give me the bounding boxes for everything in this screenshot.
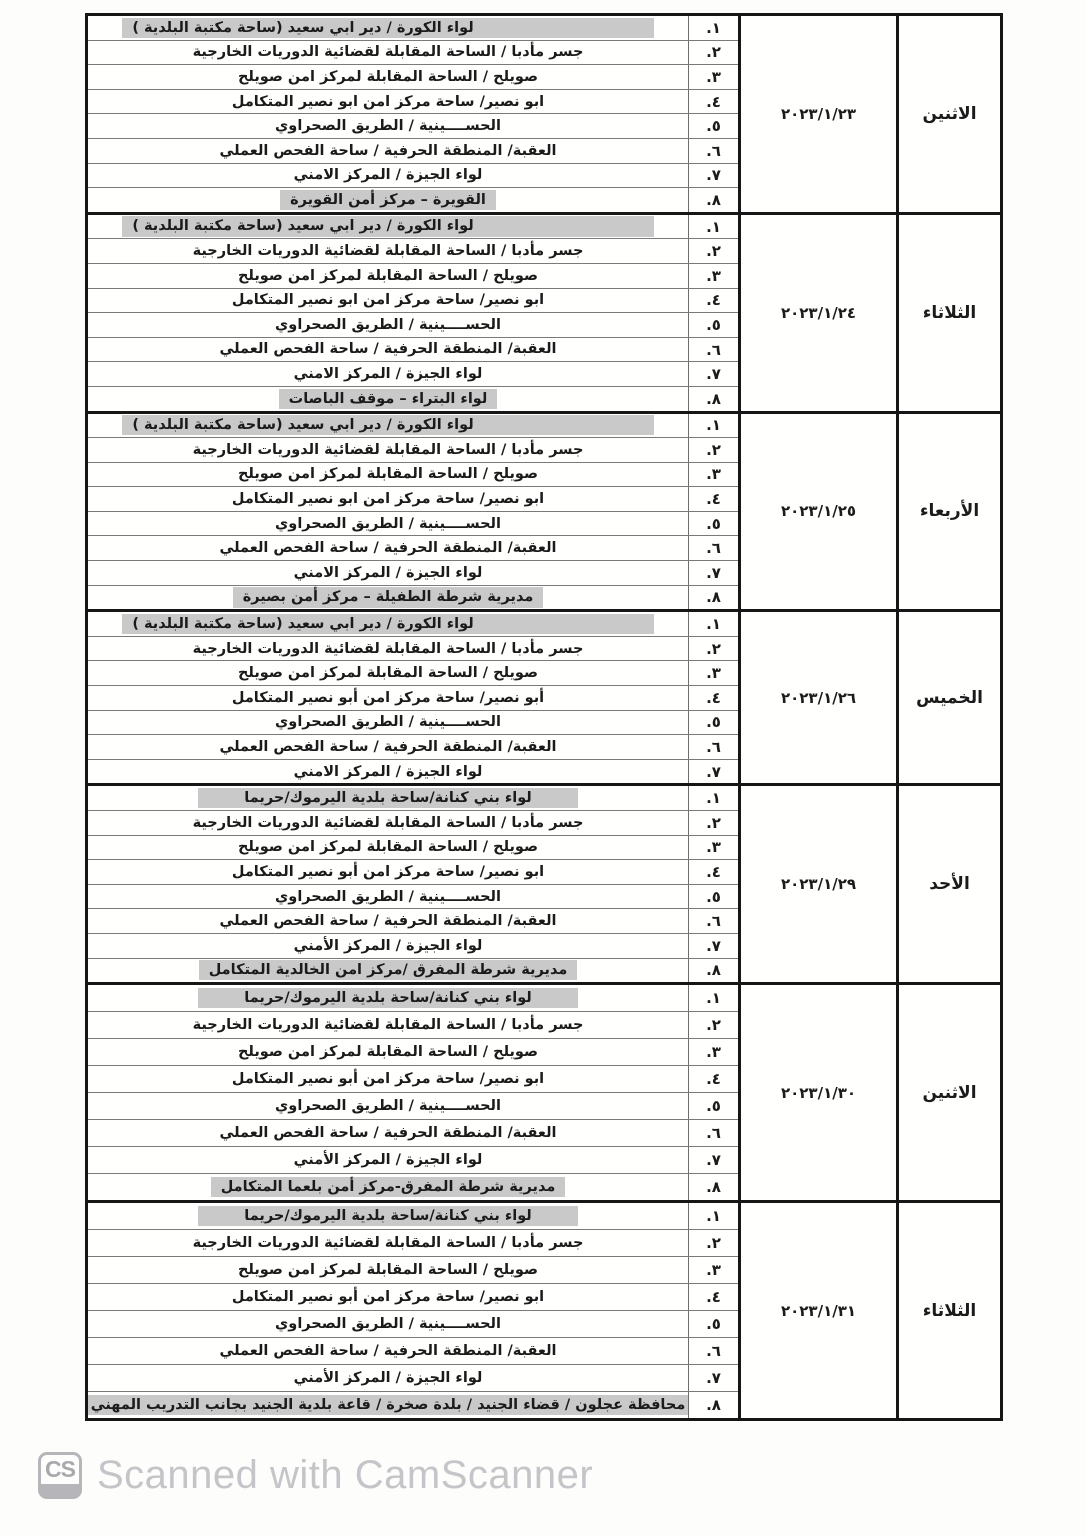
row-number: ١. xyxy=(706,416,721,434)
location-text: صويلح / الساحة المقابلة لمركز امن صويلح xyxy=(238,664,538,682)
row-number-cell: ١. xyxy=(688,16,738,40)
schedule-block: لواء الكورة / دير ابي سعيد (ساحة مكتبة ا… xyxy=(88,16,1000,215)
location-text: الحســــينية / الطريق الصحراوي xyxy=(275,713,501,731)
schedule-row: الحســــينية / الطريق الصحراوي٥. xyxy=(88,512,738,537)
location-cell: ابو نصير/ ساحة مركز امن أبو نصير المتكام… xyxy=(88,860,688,884)
row-number-cell: ١. xyxy=(688,985,738,1011)
schedule-rows: لواء بني كنانة/ساحة بلدية اليرموك/حريما١… xyxy=(88,786,738,982)
row-number-cell: ٣. xyxy=(688,836,738,860)
row-number: ٤. xyxy=(706,490,721,508)
row-number-cell: ٧. xyxy=(688,362,738,386)
location-cell: الحســــينية / الطريق الصحراوي xyxy=(88,711,688,735)
row-number: ٤. xyxy=(706,689,721,707)
location-cell: لواء بني كنانة/ساحة بلدية اليرموك/حريما xyxy=(88,985,688,1011)
day-cell: الثلاثاء xyxy=(896,1203,1000,1418)
row-number: ٦. xyxy=(706,142,721,160)
location-cell: العقبة/ المنطقة الحرفية / ساحة الفحص الع… xyxy=(88,1338,688,1364)
date-cell: ٢٠٢٣/١/٢٣ xyxy=(738,16,896,212)
location-cell: ابو نصير/ ساحة مركز امن أبو نصير المتكام… xyxy=(88,1066,688,1092)
schedule-row: جسر مأدبا / الساحة المقابلة لقضائية الدو… xyxy=(88,239,738,264)
location-cell: الحســــينية / الطريق الصحراوي xyxy=(88,313,688,337)
row-number-cell: ٨. xyxy=(688,387,738,411)
location-cell: جسر مأدبا / الساحة المقابلة لقضائية الدو… xyxy=(88,41,688,65)
schedule-row: صويلح / الساحة المقابلة لمركز امن صويلح٣… xyxy=(88,65,738,90)
schedule-row: ابو نصير/ ساحة مركز امن ابو نصير المتكام… xyxy=(88,90,738,115)
location-text: ابو نصير/ ساحة مركز امن ابو نصير المتكام… xyxy=(232,291,544,309)
row-number: ٧. xyxy=(706,365,721,383)
row-number: ٨. xyxy=(706,588,721,606)
location-text: مديرية شرطة المفرق-مركز أمن بلعما المتكا… xyxy=(211,1177,566,1197)
location-cell: العقبة/ المنطقة الحرفية / ساحة الفحص الع… xyxy=(88,735,688,759)
location-text: لواء الجيزة / المركز الأمني xyxy=(294,1151,483,1169)
location-text: صويلح / الساحة المقابلة لمركز امن صويلح xyxy=(238,465,538,483)
row-number-cell: ٣. xyxy=(688,1257,738,1283)
location-text: أبو نصير/ ساحة مركز امن أبو نصير المتكام… xyxy=(232,689,544,707)
row-number: ٤. xyxy=(706,291,721,309)
row-number-cell: ٦. xyxy=(688,536,738,560)
location-cell: العقبة/ المنطقة الحرفية / ساحة الفحص الع… xyxy=(88,139,688,163)
row-number: ٣. xyxy=(706,68,721,86)
schedule-row: الحســــينية / الطريق الصحراوي٥. xyxy=(88,313,738,338)
day-name: الأربعاء xyxy=(920,501,979,521)
schedule-row: العقبة/ المنطقة الحرفية / ساحة الفحص الع… xyxy=(88,139,738,164)
row-number: ٣. xyxy=(706,267,721,285)
schedule-row: القويرة – مركز أمن القويرة٨. xyxy=(88,188,738,212)
day-cell: الاثنين xyxy=(896,16,1000,212)
row-number-cell: ٨. xyxy=(688,586,738,610)
row-number: ١. xyxy=(706,989,721,1007)
location-cell: العقبة/ المنطقة الحرفية / ساحة الفحص الع… xyxy=(88,909,688,933)
location-cell: مديرية شرطة المفرق-مركز أمن بلعما المتكا… xyxy=(88,1174,688,1200)
row-number-cell: ٧. xyxy=(688,1147,738,1173)
location-cell: لواء الجيزة / المركز الامني xyxy=(88,760,688,784)
row-number: ٥. xyxy=(706,515,721,533)
row-number: ٥. xyxy=(706,1097,721,1115)
row-number-cell: ٤. xyxy=(688,1284,738,1310)
location-text: لواء الجيزة / المركز الامني xyxy=(294,365,483,383)
schedule-table: لواء الكورة / دير ابي سعيد (ساحة مكتبة ا… xyxy=(85,13,1003,1421)
location-cell: لواء بني كنانة/ساحة بلدية اليرموك/حريما xyxy=(88,786,688,810)
row-number: ٨. xyxy=(706,390,721,408)
schedule-row: ابو نصير/ ساحة مركز امن أبو نصير المتكام… xyxy=(88,1066,738,1093)
location-text: صويلح / الساحة المقابلة لمركز امن صويلح xyxy=(238,1043,538,1061)
row-number: ١. xyxy=(706,615,721,633)
schedule-row: مديرية شرطة المفرق /مركز امن الخالدية ال… xyxy=(88,959,738,983)
location-text: الحســــينية / الطريق الصحراوي xyxy=(275,1097,501,1115)
row-number-cell: ٤. xyxy=(688,487,738,511)
location-cell: لواء الكورة / دير ابي سعيد (ساحة مكتبة ا… xyxy=(88,16,688,40)
location-text: لواء الجيزة / المركز الأمني xyxy=(294,1369,483,1387)
location-text: محافظة عجلون / قضاء الجنيد / بلدة صخرة /… xyxy=(88,1395,688,1415)
location-text: لواء الجيزة / المركز الامني xyxy=(294,166,483,184)
row-number-cell: ٦. xyxy=(688,139,738,163)
row-number-cell: ٥. xyxy=(688,313,738,337)
row-number: ٦. xyxy=(706,738,721,756)
schedule-row: لواء الكورة / دير ابي سعيد (ساحة مكتبة ا… xyxy=(88,215,738,240)
day-name: الأحد xyxy=(929,874,970,894)
row-number: ٢. xyxy=(706,242,721,260)
row-number-cell: ٢. xyxy=(688,1012,738,1038)
location-text: جسر مأدبا / الساحة المقابلة لقضائية الدو… xyxy=(193,242,584,260)
location-cell: لواء الكورة / دير ابي سعيد (ساحة مكتبة ا… xyxy=(88,414,688,438)
schedule-row: محافظة عجلون / قضاء الجنيد / بلدة صخرة /… xyxy=(88,1392,738,1418)
schedule-block: لواء بني كنانة/ساحة بلدية اليرموك/حريما١… xyxy=(88,1203,1000,1418)
date-value: ٢٠٢٣/١/٢٦ xyxy=(781,689,856,707)
location-text: لواء الجيزة / المركز الأمني xyxy=(294,937,483,955)
schedule-rows: لواء الكورة / دير ابي سعيد (ساحة مكتبة ا… xyxy=(88,215,738,411)
row-number-cell: ٤. xyxy=(688,1066,738,1092)
row-number: ٦. xyxy=(706,1342,721,1360)
location-text: جسر مأدبا / الساحة المقابلة لقضائية الدو… xyxy=(193,1234,584,1252)
row-number: ٥. xyxy=(706,888,721,906)
schedule-row: الحســــينية / الطريق الصحراوي٥. xyxy=(88,711,738,736)
location-text: العقبة/ المنطقة الحرفية / ساحة الفحص الع… xyxy=(219,738,556,756)
location-cell: صويلح / الساحة المقابلة لمركز امن صويلح xyxy=(88,65,688,89)
schedule-row: جسر مأدبا / الساحة المقابلة لقضائية الدو… xyxy=(88,1012,738,1039)
location-text: لواء الكورة / دير ابي سعيد (ساحة مكتبة ا… xyxy=(122,415,653,435)
schedule-row: العقبة/ المنطقة الحرفية / ساحة الفحص الع… xyxy=(88,1338,738,1365)
schedule-row: الحســــينية / الطريق الصحراوي٥. xyxy=(88,885,738,910)
date-cell: ٢٠٢٣/١/٣٠ xyxy=(738,985,896,1200)
location-cell: ابو نصير/ ساحة مركز امن أبو نصير المتكام… xyxy=(88,1284,688,1310)
schedule-row: العقبة/ المنطقة الحرفية / ساحة الفحص الع… xyxy=(88,735,738,760)
location-cell: العقبة/ المنطقة الحرفية / ساحة الفحص الع… xyxy=(88,338,688,362)
row-number-cell: ١. xyxy=(688,414,738,438)
location-text: العقبة/ المنطقة الحرفية / ساحة الفحص الع… xyxy=(219,1342,556,1360)
location-cell: صويلح / الساحة المقابلة لمركز امن صويلح xyxy=(88,661,688,685)
location-cell: الحســــينية / الطريق الصحراوي xyxy=(88,512,688,536)
row-number: ٨. xyxy=(706,191,721,209)
schedule-rows: لواء الكورة / دير ابي سعيد (ساحة مكتبة ا… xyxy=(88,612,738,783)
row-number-cell: ٥. xyxy=(688,512,738,536)
camscanner-icon: CS xyxy=(38,1452,82,1499)
row-number: ٤. xyxy=(706,93,721,111)
schedule-row: صويلح / الساحة المقابلة لمركز امن صويلح٣… xyxy=(88,661,738,686)
date-cell: ٢٠٢٣/١/٢٥ xyxy=(738,414,896,610)
location-cell: محافظة عجلون / قضاء الجنيد / بلدة صخرة /… xyxy=(88,1392,688,1418)
location-cell: ابو نصير/ ساحة مركز امن ابو نصير المتكام… xyxy=(88,90,688,114)
row-number: ٣. xyxy=(706,838,721,856)
schedule-row: جسر مأدبا / الساحة المقابلة لقضائية الدو… xyxy=(88,811,738,836)
schedule-block: لواء الكورة / دير ابي سعيد (ساحة مكتبة ا… xyxy=(88,215,1000,414)
schedule-row: لواء الكورة / دير ابي سعيد (ساحة مكتبة ا… xyxy=(88,16,738,41)
location-text: جسر مأدبا / الساحة المقابلة لقضائية الدو… xyxy=(193,1016,584,1034)
row-number: ٨. xyxy=(706,961,721,979)
row-number-cell: ٤. xyxy=(688,90,738,114)
schedule-row: صويلح / الساحة المقابلة لمركز امن صويلح٣… xyxy=(88,463,738,488)
row-number-cell: ٨. xyxy=(688,1174,738,1200)
schedule-row: جسر مأدبا / الساحة المقابلة لقضائية الدو… xyxy=(88,637,738,662)
row-number: ٧. xyxy=(706,1151,721,1169)
location-cell: أبو نصير/ ساحة مركز امن أبو نصير المتكام… xyxy=(88,686,688,710)
row-number: ١. xyxy=(706,218,721,236)
row-number: ٥. xyxy=(706,1315,721,1333)
schedule-row: لواء البتراء – موقف الباصات٨. xyxy=(88,387,738,411)
row-number-cell: ٢. xyxy=(688,637,738,661)
row-number-cell: ٨. xyxy=(688,1392,738,1418)
row-number-cell: ٣. xyxy=(688,65,738,89)
location-cell: القويرة – مركز أمن القويرة xyxy=(88,188,688,212)
location-text: ابو نصير/ ساحة مركز امن أبو نصير المتكام… xyxy=(232,1288,544,1306)
row-number: ٤. xyxy=(706,863,721,881)
camscanner-text: Scanned with CamScanner xyxy=(97,1453,593,1498)
schedule-row: لواء الجيزة / المركز الامني٧. xyxy=(88,760,738,784)
location-cell: العقبة/ المنطقة الحرفية / ساحة الفحص الع… xyxy=(88,536,688,560)
day-cell: الأربعاء xyxy=(896,414,1000,610)
location-text: الحســــينية / الطريق الصحراوي xyxy=(275,888,501,906)
location-text: صويلح / الساحة المقابلة لمركز امن صويلح xyxy=(238,1261,538,1279)
location-text: جسر مأدبا / الساحة المقابلة لقضائية الدو… xyxy=(193,43,584,61)
date-cell: ٢٠٢٣/١/٢٩ xyxy=(738,786,896,982)
location-cell: لواء بني كنانة/ساحة بلدية اليرموك/حريما xyxy=(88,1203,688,1229)
location-cell: جسر مأدبا / الساحة المقابلة لقضائية الدو… xyxy=(88,811,688,835)
row-number: ٨. xyxy=(706,1396,721,1414)
location-cell: صويلح / الساحة المقابلة لمركز امن صويلح xyxy=(88,1039,688,1065)
row-number-cell: ٧. xyxy=(688,1365,738,1391)
location-text: صويلح / الساحة المقابلة لمركز امن صويلح xyxy=(238,68,538,86)
schedule-row: صويلح / الساحة المقابلة لمركز امن صويلح٣… xyxy=(88,836,738,861)
row-number-cell: ٢. xyxy=(688,1230,738,1256)
row-number: ٣. xyxy=(706,1261,721,1279)
location-cell: جسر مأدبا / الساحة المقابلة لقضائية الدو… xyxy=(88,637,688,661)
row-number: ٢. xyxy=(706,1016,721,1034)
location-cell: جسر مأدبا / الساحة المقابلة لقضائية الدو… xyxy=(88,239,688,263)
schedule-row: صويلح / الساحة المقابلة لمركز امن صويلح٣… xyxy=(88,264,738,289)
schedule-row: العقبة/ المنطقة الحرفية / ساحة الفحص الع… xyxy=(88,338,738,363)
location-cell: لواء البتراء – موقف الباصات xyxy=(88,387,688,411)
location-text: العقبة/ المنطقة الحرفية / ساحة الفحص الع… xyxy=(219,1124,556,1142)
day-cell: الخميس xyxy=(896,612,1000,783)
schedule-row: الحســــينية / الطريق الصحراوي٥. xyxy=(88,1093,738,1120)
row-number: ٧. xyxy=(706,166,721,184)
row-number-cell: ١. xyxy=(688,1203,738,1229)
row-number-cell: ٣. xyxy=(688,1039,738,1065)
location-cell: لواء الجيزة / المركز الأمني xyxy=(88,934,688,958)
location-cell: لواء الكورة / دير ابي سعيد (ساحة مكتبة ا… xyxy=(88,215,688,239)
row-number: ٣. xyxy=(706,1043,721,1061)
row-number: ٢. xyxy=(706,43,721,61)
row-number: ٧. xyxy=(706,564,721,582)
location-cell: جسر مأدبا / الساحة المقابلة لقضائية الدو… xyxy=(88,438,688,462)
row-number: ٢. xyxy=(706,441,721,459)
day-name: الثلاثاء xyxy=(923,1301,977,1321)
location-text: الحســــينية / الطريق الصحراوي xyxy=(275,515,501,533)
date-value: ٢٠٢٣/١/٢٩ xyxy=(781,875,856,893)
row-number-cell: ٦. xyxy=(688,1120,738,1146)
row-number: ٦. xyxy=(706,912,721,930)
location-cell: جسر مأدبا / الساحة المقابلة لقضائية الدو… xyxy=(88,1230,688,1256)
location-text: العقبة/ المنطقة الحرفية / ساحة الفحص الع… xyxy=(219,539,556,557)
day-cell: الثلاثاء xyxy=(896,215,1000,411)
row-number: ٢. xyxy=(706,814,721,832)
date-cell: ٢٠٢٣/١/٢٦ xyxy=(738,612,896,783)
location-text: جسر مأدبا / الساحة المقابلة لقضائية الدو… xyxy=(193,441,584,459)
location-cell: صويلح / الساحة المقابلة لمركز امن صويلح xyxy=(88,264,688,288)
row-number-cell: ١. xyxy=(688,612,738,636)
row-number: ٤. xyxy=(706,1070,721,1088)
location-cell: الحســــينية / الطريق الصحراوي xyxy=(88,1093,688,1119)
schedule-row: مديرية شرطة الطفيلة – مركز أمن بصيرة٨. xyxy=(88,586,738,610)
schedule-row: مديرية شرطة المفرق-مركز أمن بلعما المتكا… xyxy=(88,1174,738,1200)
schedule-row: لواء الكورة / دير ابي سعيد (ساحة مكتبة ا… xyxy=(88,612,738,637)
location-cell: لواء الجيزة / المركز الامني xyxy=(88,164,688,188)
location-text: لواء الجيزة / المركز الامني xyxy=(294,564,483,582)
row-number: ٣. xyxy=(706,465,721,483)
row-number-cell: ٤. xyxy=(688,289,738,313)
date-value: ٢٠٢٣/١/٢٥ xyxy=(781,502,856,520)
location-text: الحســــينية / الطريق الصحراوي xyxy=(275,316,501,334)
schedule-row: لواء الجيزة / المركز الأمني٧. xyxy=(88,1365,738,1392)
row-number: ١. xyxy=(706,789,721,807)
location-cell: صويلح / الساحة المقابلة لمركز امن صويلح xyxy=(88,1257,688,1283)
row-number: ٥. xyxy=(706,117,721,135)
row-number-cell: ٧. xyxy=(688,760,738,784)
location-cell: صويلح / الساحة المقابلة لمركز امن صويلح xyxy=(88,836,688,860)
row-number: ٥. xyxy=(706,316,721,334)
location-text: مديرية شرطة المفرق /مركز امن الخالدية ال… xyxy=(199,960,578,980)
schedule-row: العقبة/ المنطقة الحرفية / ساحة الفحص الع… xyxy=(88,536,738,561)
location-text: جسر مأدبا / الساحة المقابلة لقضائية الدو… xyxy=(193,640,584,658)
row-number: ٥. xyxy=(706,713,721,731)
location-cell: ابو نصير/ ساحة مركز امن ابو نصير المتكام… xyxy=(88,289,688,313)
location-text: مديرية شرطة الطفيلة – مركز أمن بصيرة xyxy=(233,587,544,607)
schedule-row: أبو نصير/ ساحة مركز امن أبو نصير المتكام… xyxy=(88,686,738,711)
location-text: لواء الكورة / دير ابي سعيد (ساحة مكتبة ا… xyxy=(122,18,653,38)
date-cell: ٢٠٢٣/١/٣١ xyxy=(738,1203,896,1418)
location-cell: لواء الجيزة / المركز الامني xyxy=(88,362,688,386)
row-number-cell: ٧. xyxy=(688,561,738,585)
date-value: ٢٠٢٣/١/٣١ xyxy=(781,1302,856,1320)
location-text: العقبة/ المنطقة الحرفية / ساحة الفحص الع… xyxy=(219,912,556,930)
row-number: ٧. xyxy=(706,763,721,781)
row-number: ١. xyxy=(706,19,721,37)
schedule-rows: لواء الكورة / دير ابي سعيد (ساحة مكتبة ا… xyxy=(88,16,738,212)
location-cell: الحســــينية / الطريق الصحراوي xyxy=(88,885,688,909)
location-cell: مديرية شرطة المفرق /مركز امن الخالدية ال… xyxy=(88,959,688,983)
camscanner-icon-bar xyxy=(41,1484,79,1496)
row-number-cell: ٥. xyxy=(688,711,738,735)
location-cell: الحســــينية / الطريق الصحراوي xyxy=(88,114,688,138)
day-cell: الاثنين xyxy=(896,985,1000,1200)
row-number: ٢. xyxy=(706,1234,721,1252)
row-number: ٤. xyxy=(706,1288,721,1306)
schedule-row: جسر مأدبا / الساحة المقابلة لقضائية الدو… xyxy=(88,1230,738,1257)
location-text: القويرة – مركز أمن القويرة xyxy=(280,190,496,210)
row-number: ٨. xyxy=(706,1178,721,1196)
location-text: العقبة/ المنطقة الحرفية / ساحة الفحص الع… xyxy=(219,340,556,358)
row-number-cell: ٧. xyxy=(688,164,738,188)
location-cell: لواء الجيزة / المركز الأمني xyxy=(88,1365,688,1391)
row-number-cell: ٧. xyxy=(688,934,738,958)
schedule-row: لواء الجيزة / المركز الامني٧. xyxy=(88,362,738,387)
schedule-row: العقبة/ المنطقة الحرفية / ساحة الفحص الع… xyxy=(88,1120,738,1147)
schedule-row: لواء الكورة / دير ابي سعيد (ساحة مكتبة ا… xyxy=(88,414,738,439)
location-text: ابو نصير/ ساحة مركز امن أبو نصير المتكام… xyxy=(232,1070,544,1088)
row-number: ٦. xyxy=(706,341,721,359)
day-name: الاثنين xyxy=(922,104,976,124)
location-cell: مديرية شرطة الطفيلة – مركز أمن بصيرة xyxy=(88,586,688,610)
row-number-cell: ٨. xyxy=(688,188,738,212)
location-cell: لواء الجيزة / المركز الأمني xyxy=(88,1147,688,1173)
location-cell: صويلح / الساحة المقابلة لمركز امن صويلح xyxy=(88,463,688,487)
schedule-row: صويلح / الساحة المقابلة لمركز امن صويلح٣… xyxy=(88,1039,738,1066)
location-text: لواء بني كنانة/ساحة بلدية اليرموك/حريما xyxy=(198,788,578,808)
schedule-row: الحســــينية / الطريق الصحراوي٥. xyxy=(88,1311,738,1338)
row-number-cell: ٣. xyxy=(688,463,738,487)
day-name: الخميس xyxy=(916,688,983,708)
location-text: صويلح / الساحة المقابلة لمركز امن صويلح xyxy=(238,838,538,856)
schedule-row: صويلح / الساحة المقابلة لمركز امن صويلح٣… xyxy=(88,1257,738,1284)
row-number-cell: ٦. xyxy=(688,909,738,933)
schedule-row: لواء الجيزة / المركز الامني٧. xyxy=(88,164,738,189)
location-text: جسر مأدبا / الساحة المقابلة لقضائية الدو… xyxy=(193,814,584,832)
row-number-cell: ٢. xyxy=(688,811,738,835)
row-number-cell: ٦. xyxy=(688,735,738,759)
row-number-cell: ٢. xyxy=(688,438,738,462)
day-cell: الأحد xyxy=(896,786,1000,982)
schedule-row: ابو نصير/ ساحة مركز امن أبو نصير المتكام… xyxy=(88,860,738,885)
location-cell: الحســــينية / الطريق الصحراوي xyxy=(88,1311,688,1337)
schedule-rows: لواء الكورة / دير ابي سعيد (ساحة مكتبة ا… xyxy=(88,414,738,610)
location-text: لواء بني كنانة/ساحة بلدية اليرموك/حريما xyxy=(198,988,578,1008)
row-number: ٦. xyxy=(706,1124,721,1142)
row-number-cell: ٨. xyxy=(688,959,738,983)
location-text: ابو نصير/ ساحة مركز امن ابو نصير المتكام… xyxy=(232,490,544,508)
schedule-row: لواء بني كنانة/ساحة بلدية اليرموك/حريما١… xyxy=(88,786,738,811)
row-number: ٧. xyxy=(706,937,721,955)
location-cell: ابو نصير/ ساحة مركز امن ابو نصير المتكام… xyxy=(88,487,688,511)
schedule-row: لواء الجيزة / المركز الأمني٧. xyxy=(88,1147,738,1174)
row-number: ٦. xyxy=(706,539,721,557)
schedule-row: ابو نصير/ ساحة مركز امن أبو نصير المتكام… xyxy=(88,1284,738,1311)
row-number-cell: ٥. xyxy=(688,114,738,138)
location-text: لواء بني كنانة/ساحة بلدية اليرموك/حريما xyxy=(198,1206,578,1226)
row-number: ١. xyxy=(706,1207,721,1225)
row-number-cell: ٦. xyxy=(688,338,738,362)
location-text: لواء البتراء – موقف الباصات xyxy=(279,389,498,409)
schedule-row: ابو نصير/ ساحة مركز امن ابو نصير المتكام… xyxy=(88,289,738,314)
row-number-cell: ٣. xyxy=(688,661,738,685)
schedule-block: لواء بني كنانة/ساحة بلدية اليرموك/حريما١… xyxy=(88,786,1000,985)
date-value: ٢٠٢٣/١/٢٤ xyxy=(781,304,856,322)
schedule-rows: لواء بني كنانة/ساحة بلدية اليرموك/حريما١… xyxy=(88,985,738,1200)
row-number-cell: ١. xyxy=(688,786,738,810)
schedule-block: لواء الكورة / دير ابي سعيد (ساحة مكتبة ا… xyxy=(88,612,1000,786)
location-text: ابو نصير/ ساحة مركز امن أبو نصير المتكام… xyxy=(232,863,544,881)
location-cell: لواء الجيزة / المركز الامني xyxy=(88,561,688,585)
day-name: الثلاثاء xyxy=(923,303,977,323)
row-number-cell: ٦. xyxy=(688,1338,738,1364)
row-number-cell: ٤. xyxy=(688,860,738,884)
row-number-cell: ٥. xyxy=(688,1093,738,1119)
schedule-row: لواء بني كنانة/ساحة بلدية اليرموك/حريما١… xyxy=(88,985,738,1012)
location-text: ابو نصير/ ساحة مركز امن ابو نصير المتكام… xyxy=(232,93,544,111)
location-text: العقبة/ المنطقة الحرفية / ساحة الفحص الع… xyxy=(219,142,556,160)
row-number-cell: ٢. xyxy=(688,41,738,65)
row-number-cell: ٤. xyxy=(688,686,738,710)
schedule-block: لواء الكورة / دير ابي سعيد (ساحة مكتبة ا… xyxy=(88,414,1000,613)
schedule-row: الحســــينية / الطريق الصحراوي٥. xyxy=(88,114,738,139)
location-cell: العقبة/ المنطقة الحرفية / ساحة الفحص الع… xyxy=(88,1120,688,1146)
location-cell: جسر مأدبا / الساحة المقابلة لقضائية الدو… xyxy=(88,1012,688,1038)
location-text: لواء الكورة / دير ابي سعيد (ساحة مكتبة ا… xyxy=(122,216,653,236)
schedule-row: لواء الجيزة / المركز الأمني٧. xyxy=(88,934,738,959)
camscanner-footer: CS Scanned with CamScanner xyxy=(38,1452,593,1499)
location-text: الحســــينية / الطريق الصحراوي xyxy=(275,117,501,135)
location-text: لواء الكورة / دير ابي سعيد (ساحة مكتبة ا… xyxy=(122,614,653,634)
schedule-row: جسر مأدبا / الساحة المقابلة لقضائية الدو… xyxy=(88,438,738,463)
location-text: صويلح / الساحة المقابلة لمركز امن صويلح xyxy=(238,267,538,285)
